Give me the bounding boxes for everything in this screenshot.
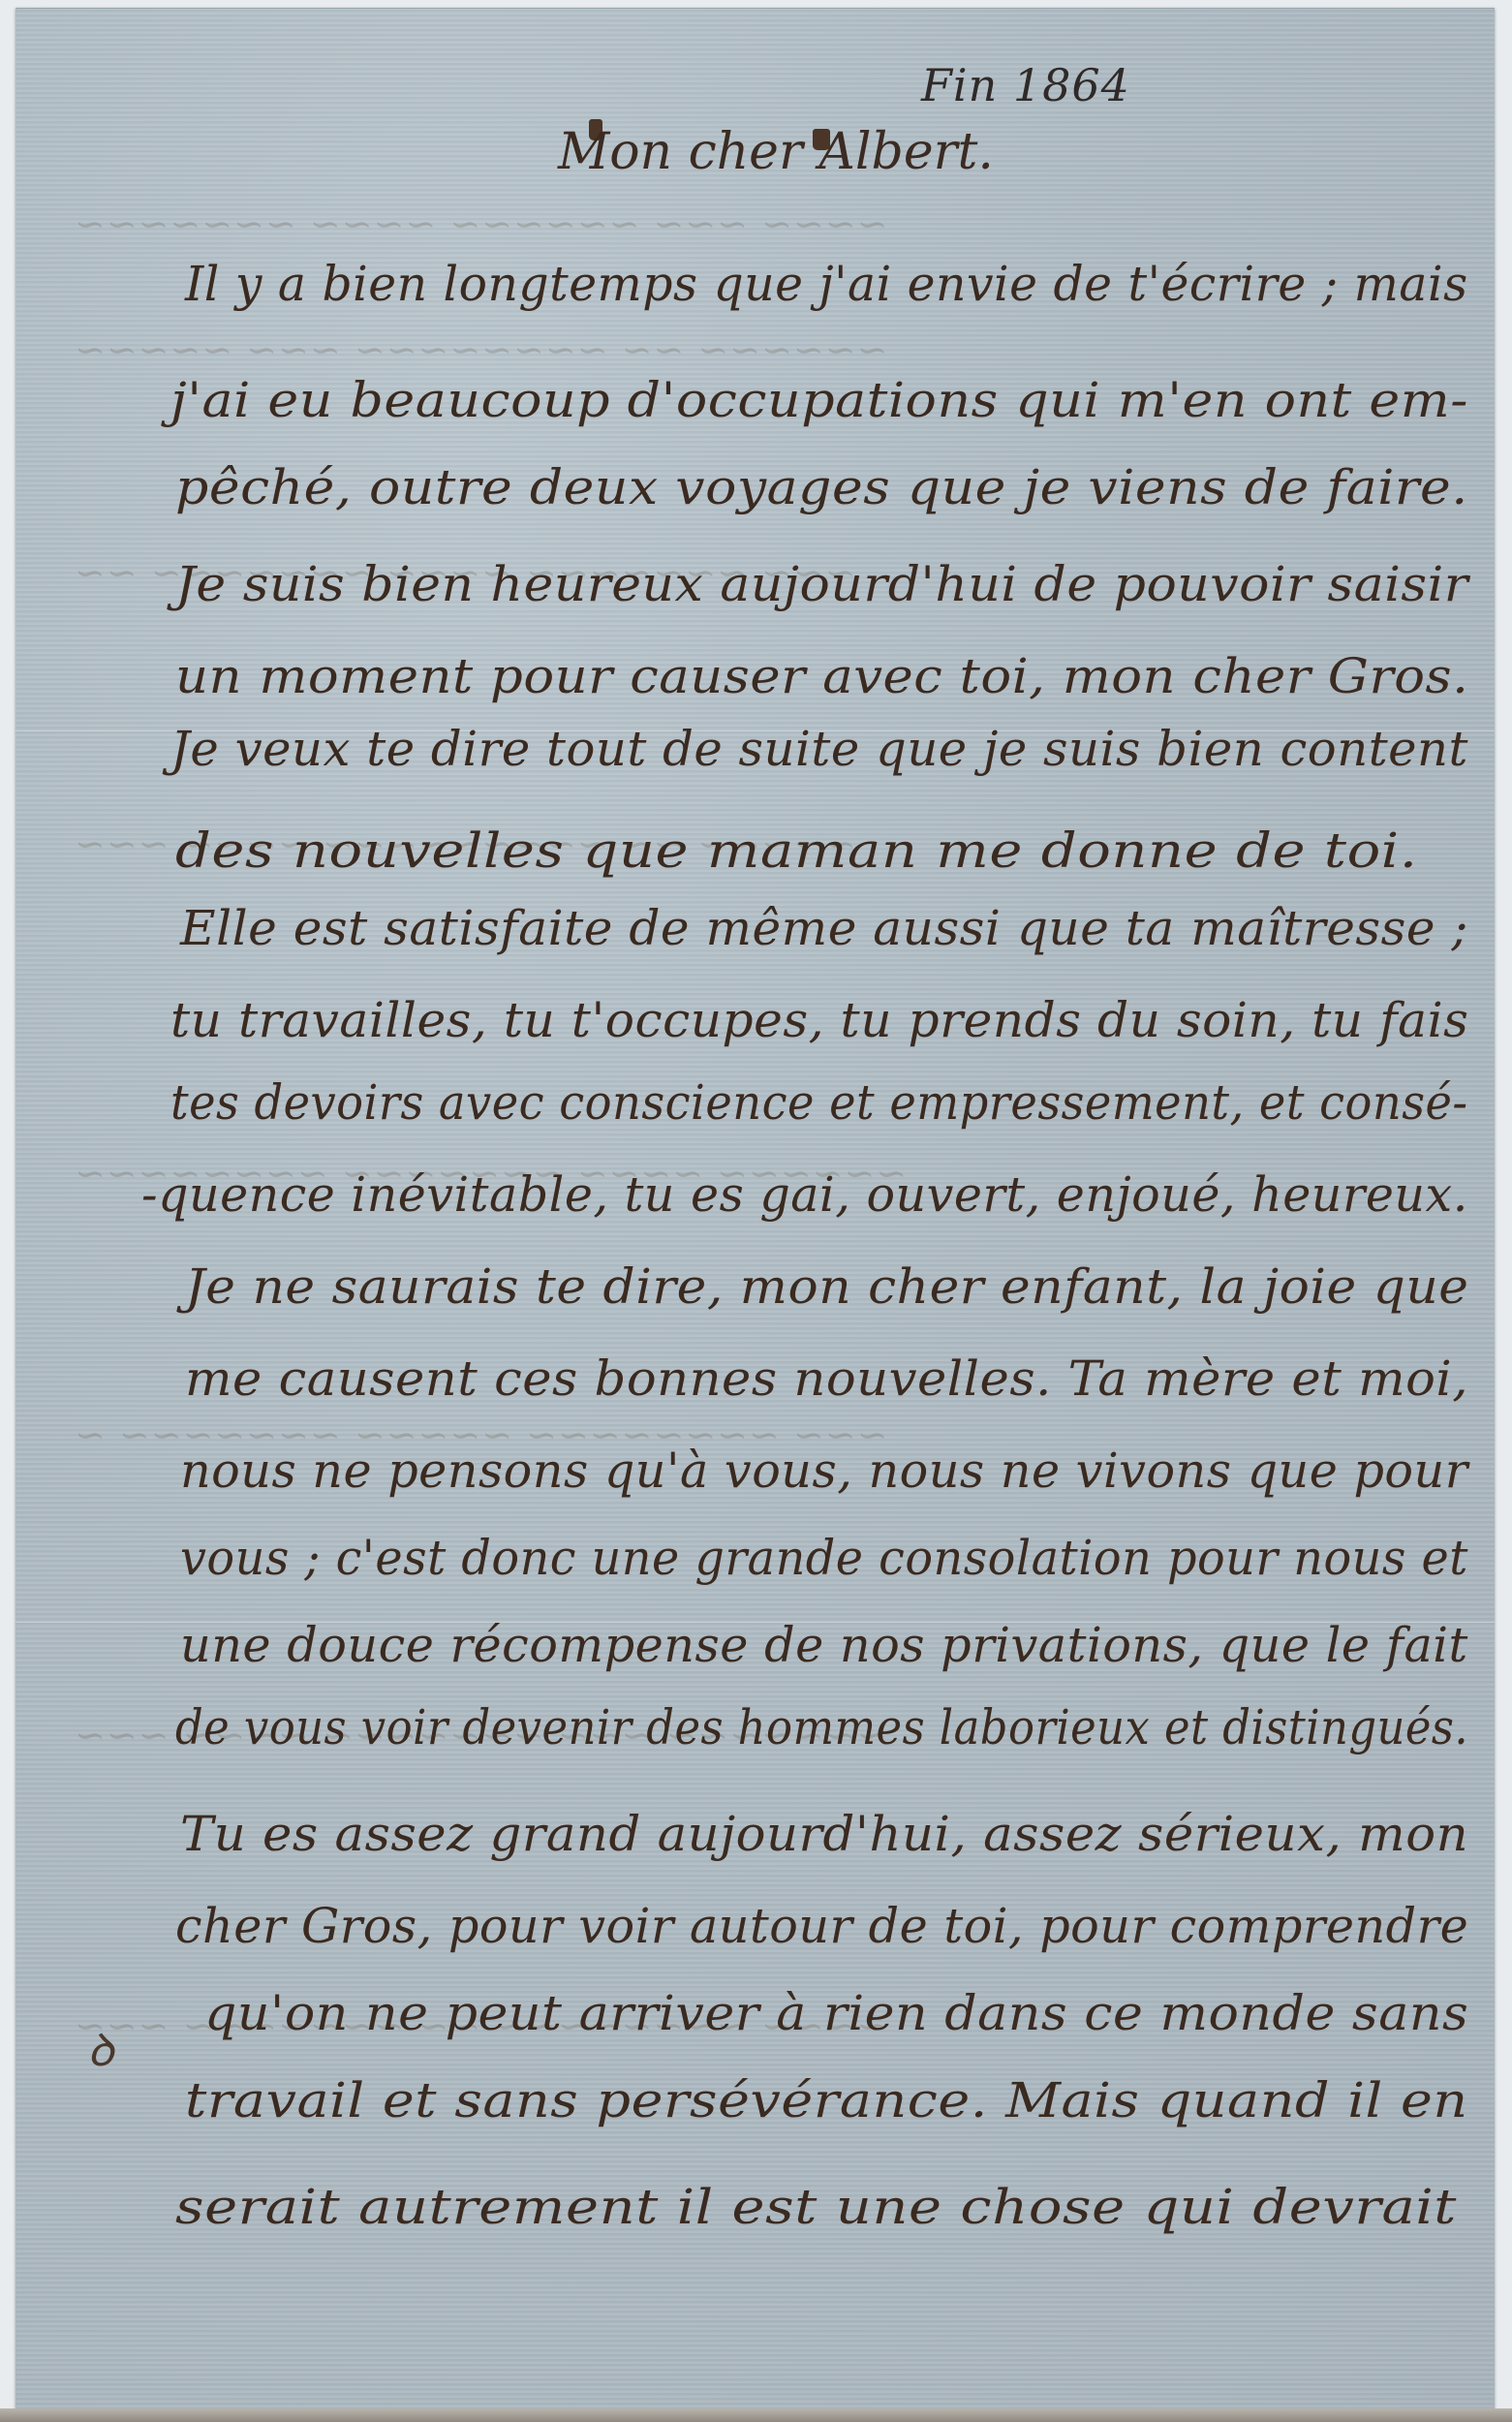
letter-line: Je veux te dire tout de suite que je sui… — [170, 721, 1468, 777]
bleed-through-text: ~~~~~~ ~~ ~~~~~~~~ ~~~ ~~~~~ — [74, 328, 887, 371]
letter-line: pêché, outre deux voyages que je viens d… — [175, 459, 1468, 515]
letter-line: un moment pour causer avec toi, mon cher… — [175, 648, 1468, 704]
letter-line: de vous voir devenir des hommes laborieu… — [175, 1699, 1468, 1755]
letter-sheet: ~~~~ ~~~ ~~~~~~ ~~~~ ~~~~~~~ ~~~~~~ ~~ ~… — [15, 8, 1495, 2417]
letter-line: tu travailles, tu t'occupes, tu prends d… — [170, 992, 1468, 1048]
letter-line: tes devoirs avec conscience et empressem… — [170, 1074, 1468, 1131]
letter-line: Tu es assez grand aujourd'hui, assez sér… — [180, 1806, 1468, 1862]
bleed-through-text: ~~~~ ~~~ ~~~~~~ ~~~~ ~~~~~~~ — [74, 202, 887, 245]
letter-line: Je ne saurais te dire, mon cher enfant, … — [185, 1258, 1468, 1315]
letter-line: une douce récompense de nos privations, … — [180, 1617, 1468, 1673]
letter-line: nous ne pensons qu'à vous, nous ne vivon… — [180, 1443, 1468, 1499]
letter-line: travail et sans persévérance. Mais quand… — [185, 2072, 1468, 2128]
backdrop-edge — [0, 2408, 1512, 2422]
letter-line: me causent ces bonnes nouvelles. Ta mère… — [185, 1351, 1468, 1407]
letter-line: j'ai eu beaucoup d'occupations qui m'en … — [170, 372, 1468, 428]
date-note: Fin 1864 — [921, 59, 1130, 111]
letter-line: Il y a bien longtemps que j'ai envie de … — [185, 256, 1468, 312]
letter-line: cher Gros, pour voir autour de toi, pour… — [175, 1898, 1468, 1954]
letter-line: vous ; c'est donc une grande consolation… — [180, 1530, 1468, 1586]
letter-line: Je suis bien heureux aujourd'hui de pouv… — [175, 556, 1468, 612]
letter-line: des nouvelles que maman me donne de toi. — [175, 823, 1418, 879]
letter-line: Elle est satisfaite de même aussi que ta… — [180, 900, 1468, 956]
salutation: Mon cher Albert. — [558, 123, 994, 181]
letter-line: -quence inévitable, tu es gai, ouvert, e… — [141, 1166, 1468, 1223]
letter-line: serait autrement il est une chose qui de… — [175, 2179, 1457, 2235]
margin-flourish: ꝺ — [87, 2019, 114, 2079]
letter-line: qu'on ne peut arriver à rien dans ce mon… — [204, 1985, 1468, 2041]
